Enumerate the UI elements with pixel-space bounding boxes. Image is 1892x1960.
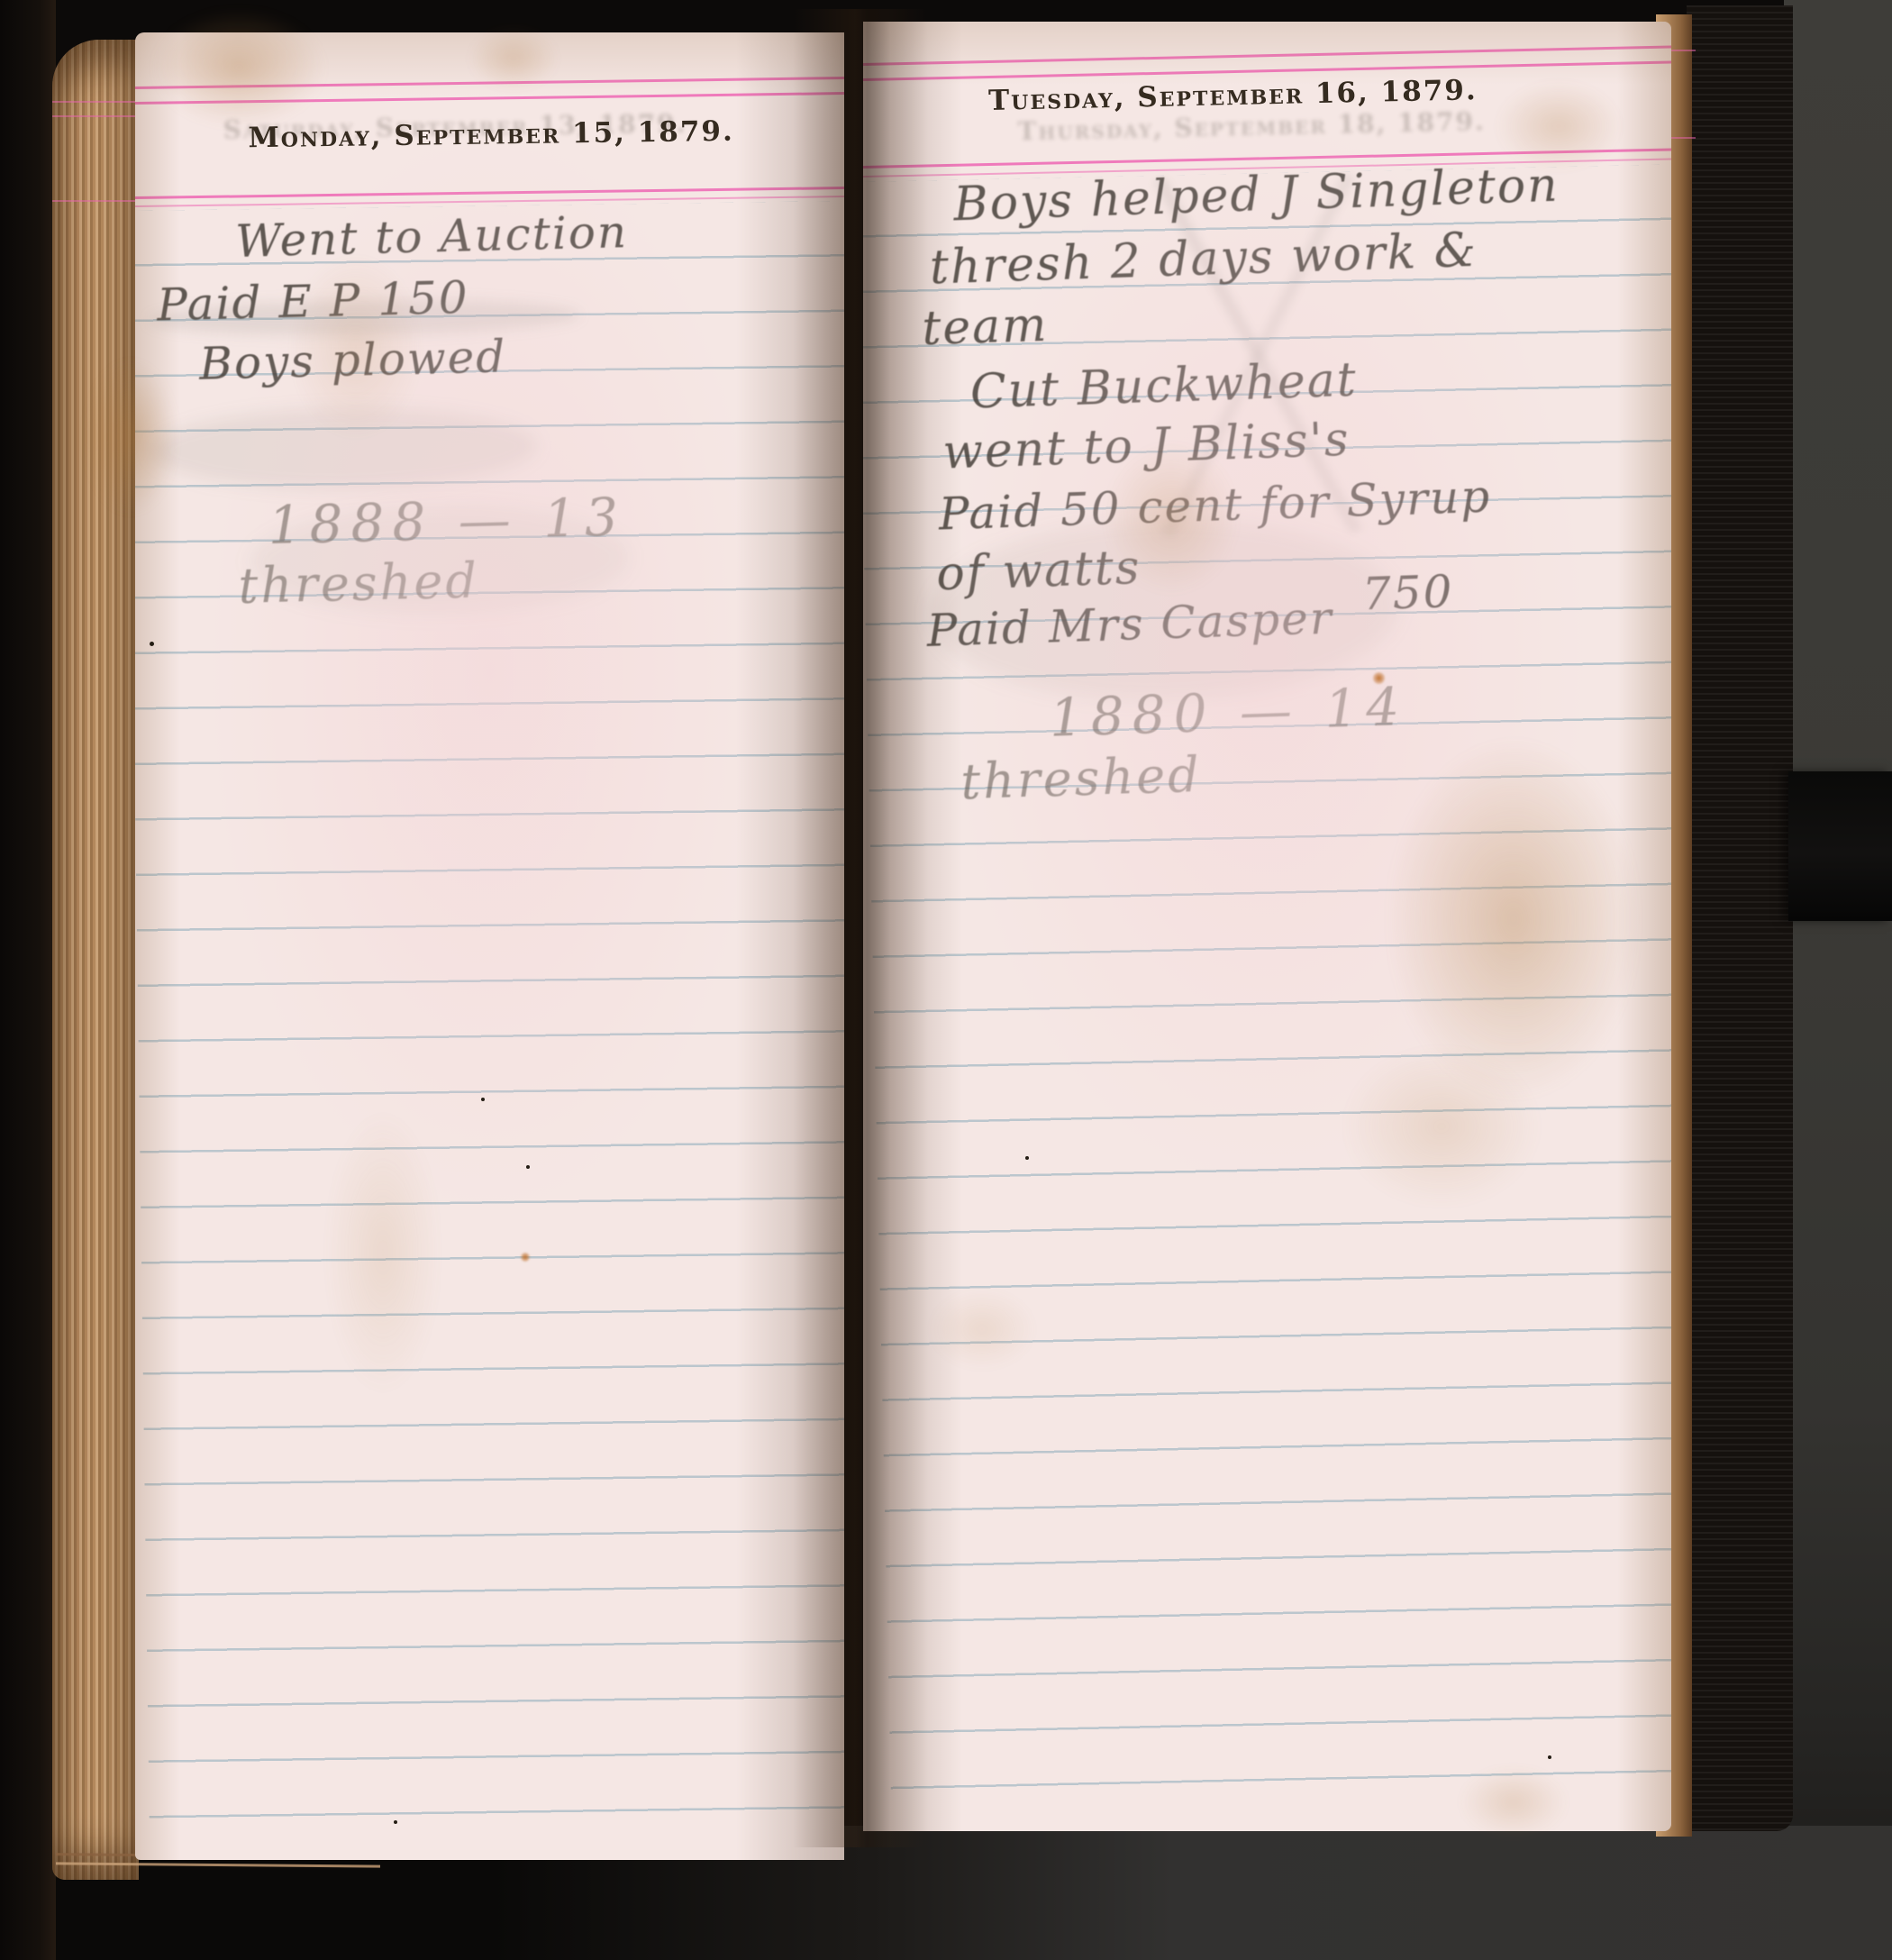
page-shading: [1617, 22, 1671, 1831]
right-page: Tuesday, September 16, 1879. Thursday, S…: [863, 22, 1671, 1831]
page-shading: [135, 32, 180, 1860]
left-page: Saturday, September 13, 1879. Monday, Se…: [135, 32, 844, 1860]
scanner-background-left: [0, 0, 56, 1960]
ink-speck: [1025, 1156, 1029, 1160]
ink-speck: [150, 642, 154, 646]
ink-speck: [481, 1098, 485, 1101]
page-shading: [863, 22, 962, 1831]
pink-rule-wrap: [52, 115, 139, 117]
ink-speck: [394, 1820, 397, 1824]
paper-tint: [206, 123, 774, 1220]
foxing-dot: [1373, 672, 1385, 684]
scanner-background-right: [1784, 0, 1892, 1960]
pink-rule-wrap: [52, 101, 139, 103]
page-shading: [863, 22, 1671, 85]
diary-scan: Saturday, September 13, 1879. Monday, Se…: [0, 0, 1892, 1960]
book-strap: [1788, 771, 1892, 921]
ink-speck: [1548, 1755, 1551, 1759]
page-shading: [736, 32, 844, 1860]
ink-speck: [526, 1165, 530, 1169]
paper-tint: [944, 112, 1591, 1198]
page-edges-left: [52, 40, 139, 1880]
book-cover-edge: [1687, 5, 1793, 1831]
foxing-dot: [521, 1253, 530, 1262]
pink-rule-wrap: [52, 200, 139, 202]
